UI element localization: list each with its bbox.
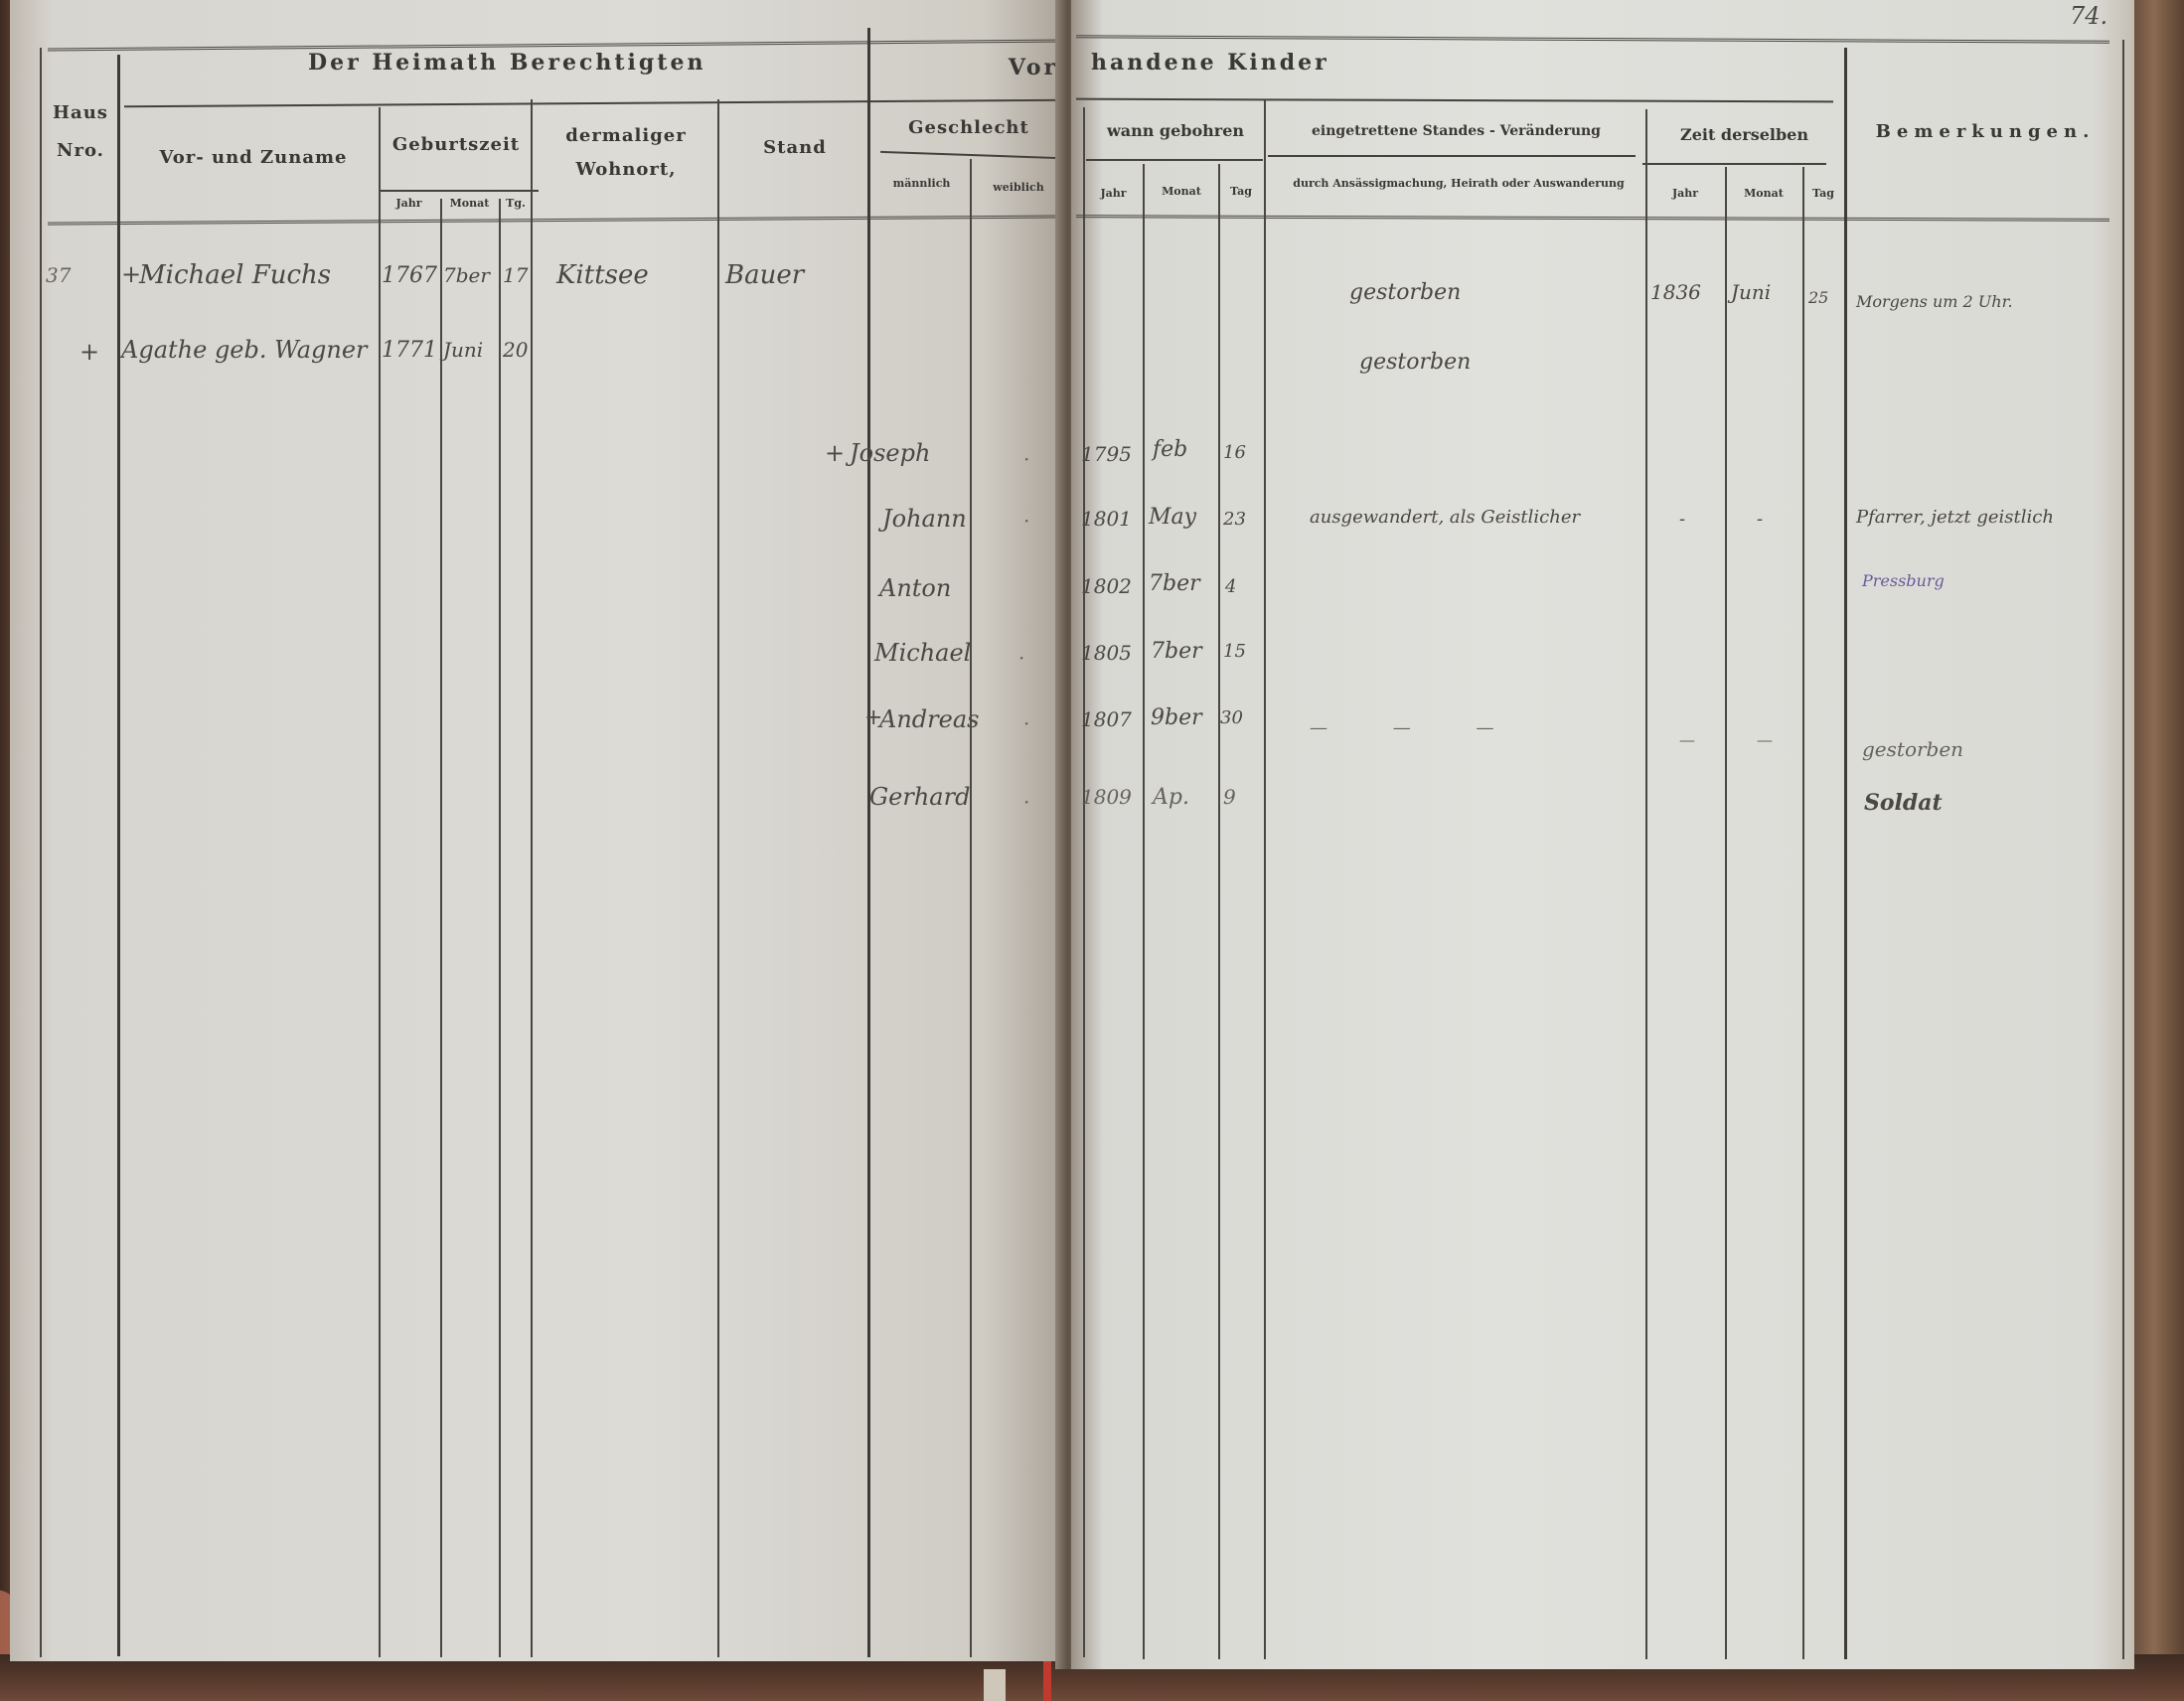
header-divider-right <box>1076 98 1833 103</box>
child1-born-year: 1795 <box>1081 442 1132 466</box>
child2-change-year: - <box>1679 509 1685 530</box>
row2-birth-day: 20 <box>503 338 528 362</box>
col-birth-year <box>440 199 442 1657</box>
sex-subdivider <box>880 151 1059 159</box>
child2-stamp: Pressburg <box>1862 571 1945 590</box>
child6-name: Gerhard <box>869 783 970 811</box>
child1-name: Joseph <box>850 439 930 467</box>
parent1-change: gestorben <box>1349 280 1461 305</box>
child5-change-month: — <box>1757 730 1773 749</box>
col-born-year <box>1143 164 1145 1659</box>
child6-remark: Soldat <box>1864 790 1943 816</box>
child2-change-month: - <box>1757 509 1763 530</box>
child2-born-year: 1801 <box>1081 507 1132 531</box>
child5-born-month: 9ber <box>1151 705 1202 730</box>
parent1-month: Juni <box>1731 280 1771 304</box>
child5-remark: gestorben <box>1862 737 1963 761</box>
col-status <box>867 28 870 1657</box>
col-born-left <box>1083 107 1085 1657</box>
child3-born-year: 1802 <box>1081 574 1132 598</box>
col-header-date-month: Monat <box>1727 187 1800 200</box>
born-subdivider <box>1086 159 1263 161</box>
child5-change: — — — <box>1310 717 1523 738</box>
col-header-born-day: Tag <box>1220 185 1262 198</box>
right-page: 74. handene Kinder wann gebohren Jahr Mo… <box>1071 0 2134 1669</box>
col-header-born: wann gebohren <box>1086 121 1265 140</box>
col-header-change-sub: durch Ansässigmachung, Heirath oder Ausw… <box>1290 175 1628 193</box>
col-residence <box>717 99 719 1657</box>
col-header-born-month: Monat <box>1146 185 1217 198</box>
child4-name: Michael <box>874 639 971 667</box>
col-birth-month <box>499 199 501 1657</box>
col-header-remarks: Bemerkungen. <box>1851 121 2119 142</box>
birth-subdivider <box>380 190 539 192</box>
row2-name: Agathe geb. Wagner <box>121 336 368 364</box>
row1-name: Michael Fuchs <box>139 260 331 290</box>
col-header-born-year: Jahr <box>1086 187 1141 200</box>
child6-born-year: 1809 <box>1081 785 1132 809</box>
col-header-birth-year: Jahr <box>382 197 436 210</box>
child3-name: Anton <box>879 574 951 602</box>
header-bottom-border-right <box>1076 215 2109 225</box>
frame-right <box>2122 40 2124 1659</box>
col-name <box>379 107 381 1657</box>
col-haus <box>117 55 120 1656</box>
parent2-change: gestorben <box>1359 350 1471 375</box>
frame-left <box>40 48 42 1657</box>
child2-born-day: 23 <box>1223 509 1246 530</box>
child2-change: ausgewandert, als Geistlicher <box>1310 507 1580 528</box>
row2-mark: + <box>79 338 99 366</box>
row1-birth-month: 7ber <box>443 263 490 287</box>
left-page: Der Heimath Berechtigten Vor Haus Nro. V… <box>10 0 1068 1661</box>
header-divider <box>124 99 1066 108</box>
child6-born-month: Ap. <box>1153 785 1189 810</box>
header-bottom-border <box>48 215 1066 228</box>
col-header-birth: Geburtszeit <box>382 134 531 155</box>
change-subdivider <box>1268 155 1636 157</box>
child6-sex: · <box>1023 790 1029 814</box>
col-header-date-year: Jahr <box>1647 187 1723 200</box>
child1-mark: + <box>825 439 845 467</box>
col-date-year <box>1725 167 1727 1659</box>
col-sex-male <box>970 159 972 1657</box>
page-number: 74. <box>2070 2 2107 30</box>
col-header-male: männlich <box>874 177 969 190</box>
child4-sex: · <box>1018 646 1024 670</box>
bookmark-ribbon-red <box>1043 1661 1051 1701</box>
child1-born-month: feb <box>1153 437 1187 462</box>
col-date <box>1844 48 1847 1659</box>
section-title-kinder: handene Kinder <box>1091 50 1290 76</box>
child5-change-year: — <box>1679 730 1695 749</box>
col-header-haus-no: Haus Nro. <box>46 94 115 170</box>
child5-sex: · <box>1023 711 1029 735</box>
col-header-sex: Geschlecht <box>874 117 1063 138</box>
col-born <box>1264 99 1266 1659</box>
col-header-female: weiblich <box>974 181 1063 194</box>
book-spread: Der Heimath Berechtigten Vor Haus Nro. V… <box>0 0 2184 1701</box>
child3-born-day: 4 <box>1225 576 1236 597</box>
child2-sex: · <box>1023 509 1029 533</box>
parent1-day: 25 <box>1808 288 1828 307</box>
child2-name: Johann <box>882 505 967 533</box>
child4-born-day: 15 <box>1223 641 1246 662</box>
col-change <box>1645 109 1647 1659</box>
row2-birth-month: Juni <box>443 338 483 362</box>
row1-residence: Kittsee <box>556 260 649 290</box>
row1-birth-year: 1767 <box>382 263 437 288</box>
bookmark-ribbon <box>984 1669 1006 1701</box>
child1-sex: · <box>1023 447 1029 471</box>
row1-birth-day: 17 <box>503 263 528 287</box>
section-title-vor: Vor <box>1004 55 1063 80</box>
child5-born-year: 1807 <box>1081 707 1132 731</box>
row1-status: Bauer <box>725 260 804 290</box>
col-born-month <box>1218 164 1220 1659</box>
col-header-date-day: Tag <box>1804 187 1842 200</box>
col-header-birth-month: Monat <box>441 197 498 210</box>
book-cover-edge <box>2134 0 2184 1701</box>
row2-birth-year: 1771 <box>382 338 437 363</box>
child3-born-month: 7ber <box>1149 571 1200 596</box>
col-header-residence: dermaliger Wohnort, <box>546 119 705 187</box>
child4-born-year: 1805 <box>1081 641 1132 665</box>
col-header-status: Stand <box>725 137 864 158</box>
col-header-date: Zeit derselben <box>1647 125 1841 144</box>
child2-born-month: May <box>1149 505 1196 530</box>
parent1-year: 1836 <box>1650 280 1701 304</box>
top-border-right <box>1076 35 2109 46</box>
parent1-remark: Morgens um 2 Uhr. <box>1856 292 2013 311</box>
row1-haus-no: 37 <box>46 263 71 287</box>
col-header-name: Vor- und Zuname <box>129 147 378 168</box>
child5-name: Andreas <box>879 705 979 733</box>
col-date-month <box>1802 167 1804 1659</box>
col-birth <box>531 99 533 1657</box>
child4-born-month: 7ber <box>1151 639 1202 664</box>
child2-remark: Pfarrer, jetzt geistlich <box>1856 507 2054 528</box>
date-subdivider <box>1642 163 1826 165</box>
child6-born-day: 9 <box>1223 785 1236 809</box>
col-header-change: eingetrettene Standes - Veränderung <box>1270 123 1642 139</box>
child5-born-day: 30 <box>1220 707 1243 728</box>
section-title-heimath: Der Heimath Berechtigten <box>308 50 705 76</box>
col-header-birth-day: Tg. <box>501 197 531 210</box>
child1-born-day: 16 <box>1223 442 1246 463</box>
